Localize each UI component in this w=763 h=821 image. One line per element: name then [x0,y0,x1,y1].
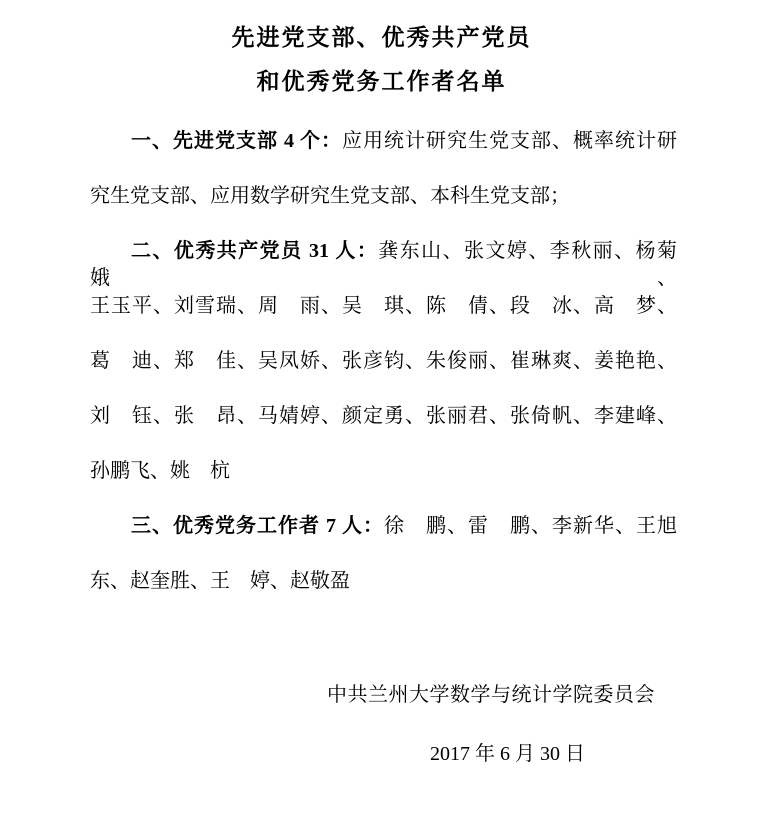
document-title-line-1: 先进党支部、优秀共产党员 [0,22,763,66]
text-segment: 东、赵奎胜、王 婷、赵敬盈 [90,570,350,592]
document-body: 一、先进党支部 4 个：应用统计研究生党支部、概率统计研究生党支部、应用数学研究… [90,128,677,623]
document-title: 先进党支部、优秀共产党员 和优秀党务工作者名单 [0,22,763,110]
body-line: 孙鹏飞、姚 杭 [90,458,677,513]
document-title-line-2: 和优秀党务工作者名单 [0,66,763,110]
body-line: 王玉平、刘雪瑞、周 雨、吴 琪、陈 倩、段 冰、高 梦、 [90,293,677,348]
body-line: 一、先进党支部 4 个：应用统计研究生党支部、概率统计研 [90,128,677,183]
section-heading-segment: 三、优秀党务工作者 7 人： [131,515,384,537]
text-segment: 孙鹏飞、姚 杭 [90,460,230,482]
body-line: 二、优秀共产党员 31 人：龚东山、张文婷、李秋丽、杨菊娥、 [90,238,677,293]
text-segment: 应用统计研究生党支部、概率统计研 [342,130,677,152]
signature-line: 中共兰州大学数学与统计学院委员会 [90,678,655,707]
document-page: 先进党支部、优秀共产党员 和优秀党务工作者名单 一、先进党支部 4 个：应用统计… [0,0,763,821]
text-segment: 徐 鹏、雷 鹏、李新华、王旭 [384,515,677,537]
text-segment: 究生党支部、应用数学研究生党支部、本科生党支部； [90,185,570,207]
text-segment: 葛 迪、郑 佳、吴凤娇、张彦钧、朱俊丽、崔琳爽、姜艳艳、 [90,350,677,372]
body-line: 究生党支部、应用数学研究生党支部、本科生党支部； [90,183,677,238]
text-segment: 王玉平、刘雪瑞、周 雨、吴 琪、陈 倩、段 冰、高 梦、 [90,295,677,317]
body-line: 刘 钰、张 昂、马婧婷、颜定勇、张丽君、张倚帆、李建峰、 [90,403,677,458]
text-segment: 刘 钰、张 昂、马婧婷、颜定勇、张丽君、张倚帆、李建峰、 [90,405,677,427]
body-line: 三、优秀党务工作者 7 人：徐 鹏、雷 鹏、李新华、王旭 [90,513,677,568]
section-heading-segment: 一、先进党支部 4 个： [131,130,342,152]
body-line: 东、赵奎胜、王 婷、赵敬盈 [90,568,677,623]
body-line: 葛 迪、郑 佳、吴凤娇、张彦钧、朱俊丽、崔琳爽、姜艳艳、 [90,348,677,403]
section-heading-segment: 二、优秀共产党员 31 人： [131,240,378,262]
date-line: 2017 年 6 月 30 日 [90,737,585,766]
